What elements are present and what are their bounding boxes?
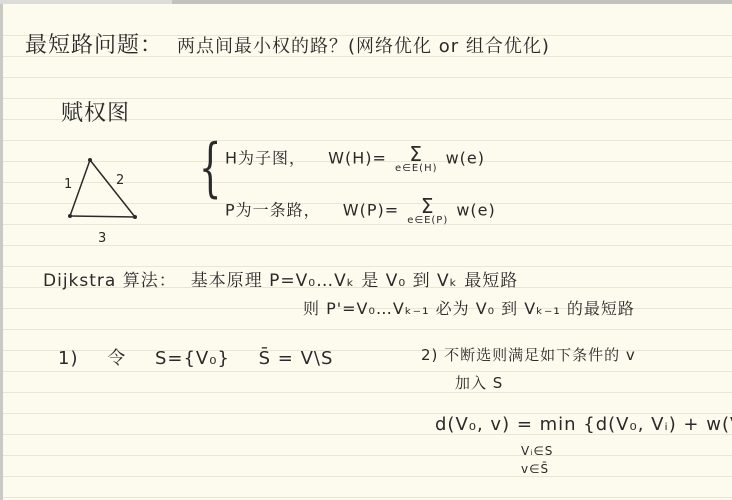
edge-label-1: 1 <box>64 177 72 192</box>
distance-formula: d(V₀, v) = min {d(V₀, Vᵢ) + w(Vᵢ, v)} <box>435 414 732 435</box>
min-sub-2: v∈S̄ <box>521 460 553 478</box>
sigma-symbol: Σ <box>409 144 423 164</box>
step-2-line1: 2) 不断选则满足如下条件的 v <box>421 344 636 365</box>
dijkstra-heading: Dijkstra 算法： <box>43 271 177 291</box>
title-description: 两点间最小权的路？(网络优化 or 组合优化) <box>177 36 550 57</box>
subgraph-lhs: W(H)= <box>328 149 387 168</box>
set-s: S={V₀} <box>155 348 230 369</box>
principle-line1: P=V₀…Vₖ 是 V₀ 到 Vₖ 最短路 <box>269 271 518 291</box>
path-lhs: W(P)= <box>343 201 399 220</box>
subgraph-label: H为子图， <box>225 149 306 168</box>
step1-word: 令 <box>107 348 126 369</box>
principle-label: 基本原理 <box>191 271 263 291</box>
title-heading: 最短路问题： <box>25 33 163 58</box>
subgraph-term: w(e) <box>446 149 485 168</box>
min-sub-1: Vᵢ∈S <box>521 442 553 460</box>
section-heading: 赋权图 <box>61 96 130 127</box>
step-2-line2: 加入 S <box>455 372 503 393</box>
set-s-complement: S̄ = V\S <box>259 348 334 369</box>
path-term: w(e) <box>456 201 495 220</box>
brace-symbol: { <box>199 136 221 200</box>
principle-line2: 则 P'=V₀…Vₖ₋₁ 必为 V₀ 到 Vₖ₋₁ 的最短路 <box>303 296 635 319</box>
path-label: P为一条路， <box>225 201 321 220</box>
page-title: 最短路问题：两点间最小权的路？(网络优化 or 组合优化) <box>25 28 550 59</box>
path-sum: Σ e∈E(P) <box>407 196 448 226</box>
min-subscripts: Vᵢ∈S v∈S̄ <box>521 442 553 478</box>
definition-subgraph: H为子图， W(H)= Σ e∈E(H) w(e) <box>225 144 485 174</box>
sigma-symbol: Σ <box>421 196 435 216</box>
step1-number: 1) <box>58 348 78 369</box>
dijkstra-heading-line: Dijkstra 算法：基本原理 P=V₀…Vₖ 是 V₀ 到 Vₖ 最短路 <box>43 266 518 291</box>
weighted-graph-diagram: 1 2 3 <box>58 152 153 247</box>
notebook-page: 最短路问题：两点间最小权的路？(网络优化 or 组合优化) 赋权图 1 2 3 … <box>3 4 732 500</box>
edge-label-3: 3 <box>98 231 106 246</box>
definition-path: P为一条路， W(P)= Σ e∈E(P) w(e) <box>225 196 496 226</box>
sum-index: e∈E(P) <box>407 216 448 226</box>
step-1: 1) 令 S={V₀} S̄ = V\S <box>58 344 355 370</box>
edge-label-2: 2 <box>116 173 124 188</box>
sum-index: e∈E(H) <box>395 164 438 174</box>
subgraph-sum: Σ e∈E(H) <box>395 144 438 174</box>
